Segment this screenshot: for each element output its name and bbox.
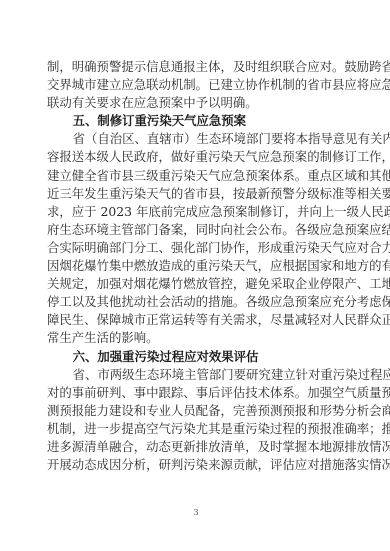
paragraph-line: 障民生、保障城市正常运转等有关需求，尽量减轻对人民群众正: [47, 311, 343, 329]
section-heading-5: 五、制修订重污染天气应急预案: [47, 112, 343, 130]
paragraph-line: 近三年发生重污染天气的省市县，按最新预警分级标准等相关要: [47, 185, 343, 203]
paragraph-line: 联动有关要求在应急预案中予以明确。: [47, 94, 343, 112]
paragraph-line: 交界城市建立应急联动机制。已建立协作机制的省市县应将应急: [47, 76, 343, 94]
paragraph-line: 开展动态成因分析，研判污染来源贡献，评估应对措施落实情况: [47, 456, 343, 474]
paragraph-line: 求，应于 2023 年底前完成应急预案制修订，并向上一级人民政: [47, 203, 343, 221]
paragraph-line: 对的事前研判、事中跟踪、事后评估技术体系。加强空气质量预: [47, 384, 343, 402]
paragraph-line: 合实际明确部门分工、强化部门协作，形成重污染天气应对合力。: [47, 239, 343, 257]
paragraph-line: 测预报能力建设和专业人员配备，完善预测预报和形势分析会商: [47, 402, 343, 420]
document-page: 制，明确预警提示信息通报主体，及时组织联合应对。鼓励跨省 交界城市建立应急联动机…: [0, 0, 390, 551]
document-body: 制，明确预警提示信息通报主体，及时组织联合应对。鼓励跨省 交界城市建立应急联动机…: [47, 58, 343, 474]
paragraph-line: 容报送本级人民政府，做好重污染天气应急预案的制修订工作，: [47, 148, 343, 166]
section-heading-6: 六、加强重污染过程应对效果评估: [47, 348, 343, 366]
paragraph-line: 省、市两级生态环境主管部门要研究建立针对重污染过程应: [47, 366, 343, 384]
paragraph-line: 因烟花爆竹集中燃放造成的重污染天气，应根据国家和地方的有: [47, 257, 343, 275]
paragraph-line: 制，明确预警提示信息通报主体，及时组织联合应对。鼓励跨省: [47, 58, 343, 76]
paragraph-line: 省（自治区、直辖市）生态环境部门要将本指导意见有关内: [47, 130, 343, 148]
paragraph-line: 机制，进一步提高空气污染尤其是重污染过程的预报准确率；推: [47, 420, 343, 438]
paragraph-line: 停工以及其他扰动社会活动的措施。各级应急预案应充分考虑保: [47, 293, 343, 311]
paragraph-line: 府生态环境主管部门备案，同时向社会公布。各级应急预案应结: [47, 221, 343, 239]
paragraph-line: 建立健全省市县三级重污染天气应急预案体系。重点区域和其他: [47, 167, 343, 185]
paragraph-line: 关规定，加强对烟花爆竹燃放管控，避免采取企业停限产、工地: [47, 275, 343, 293]
paragraph-line: 进多源清单融合，动态更新排放清单，及时掌握本地源排放情况，: [47, 438, 343, 456]
page-number: 3: [192, 508, 200, 517]
paragraph-line: 常生产生活的影响。: [47, 329, 343, 347]
